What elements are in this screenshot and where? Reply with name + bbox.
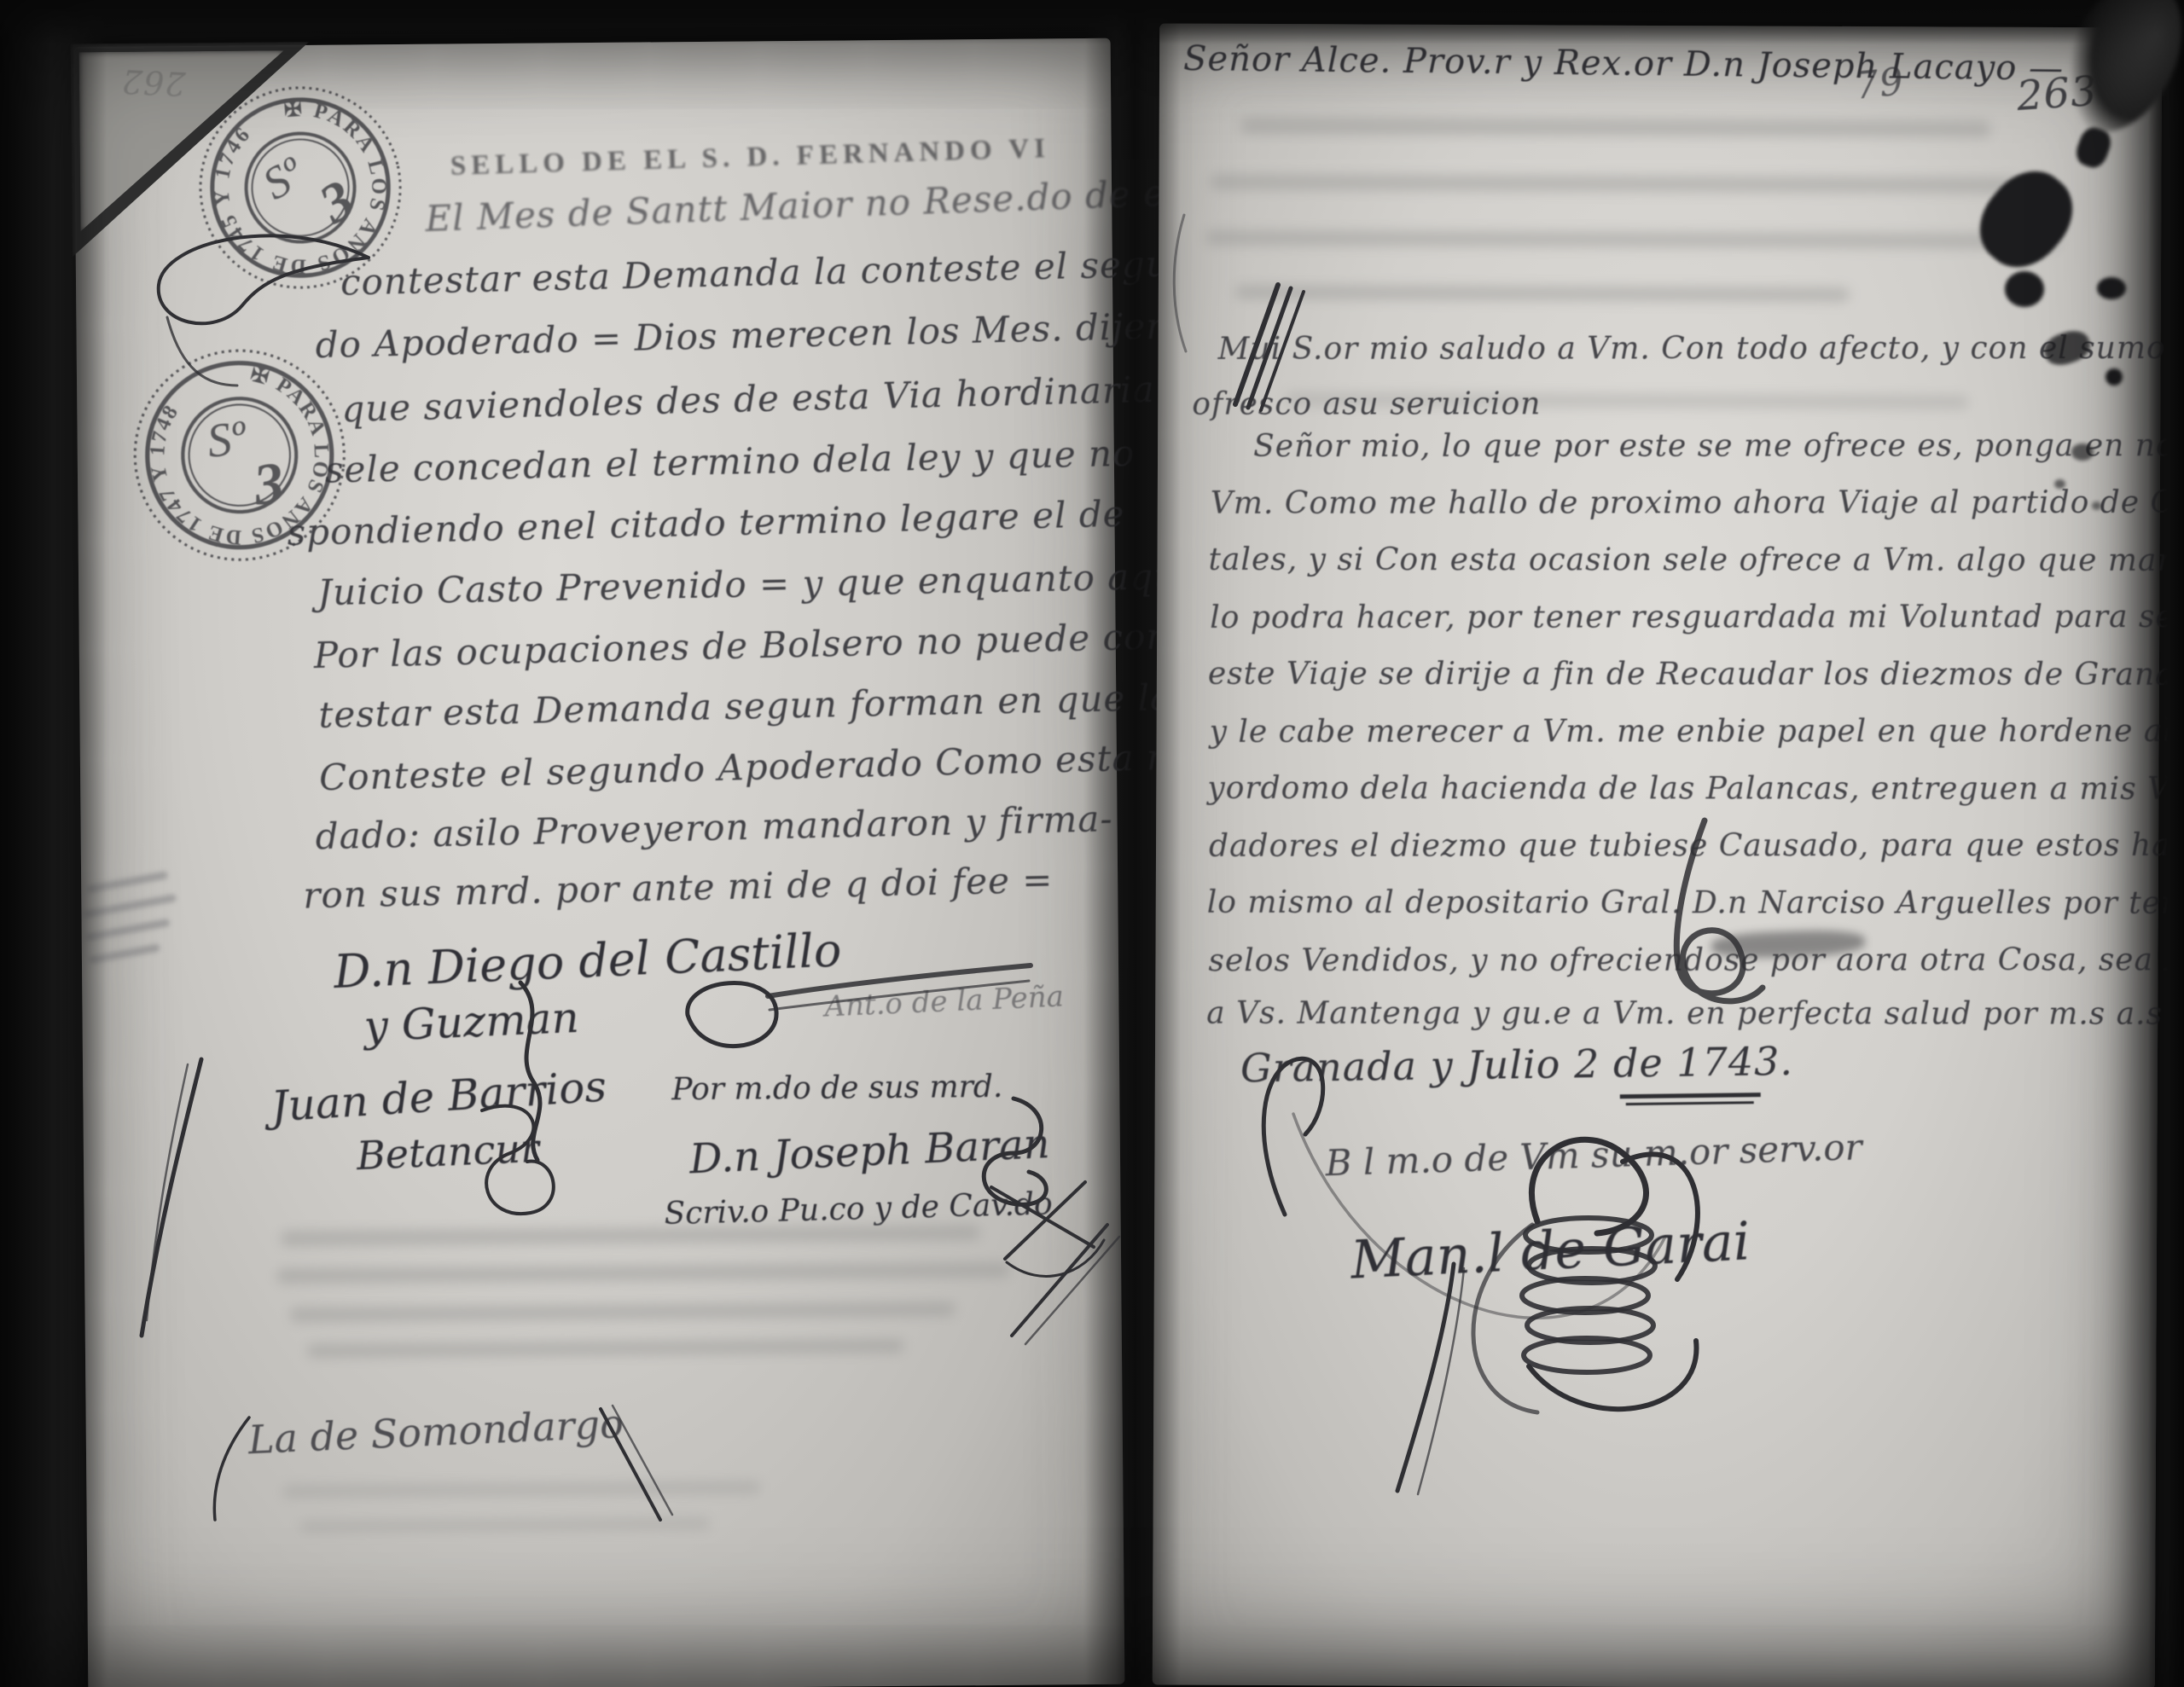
ink-blot: [2106, 368, 2123, 386]
letter-line: yordomo dela hacienda de las Palancas, e…: [1207, 771, 2184, 807]
manuscript-line: Por las ocupaciones de Bolsero no puede …: [313, 615, 1183, 676]
left-page: 262 ✠ PARA LOS AÑOS DE 1745 Y 1746 Sº 3 …: [74, 38, 1125, 1687]
letter-line: tales, y si Con esta ocasion sele ofrece…: [1208, 542, 2184, 578]
stamp-sello-number: 3: [249, 449, 288, 518]
signature-guzman: y Guzman: [363, 993, 579, 1052]
date-underline: [1620, 1093, 1761, 1099]
letter-line: Vm. Como me hallo de proximo ahora Viaje…: [1211, 485, 2184, 521]
bleed-through-line: [307, 1339, 904, 1358]
signature-witness-note: Ant.o de la Peña: [824, 979, 1065, 1023]
stamp-sello-label: Sº: [204, 410, 251, 468]
film-edge-left: [0, 0, 107, 1687]
manuscript-line: que saviendoles des de esta Via hordinar…: [341, 368, 1155, 430]
right-page: Señor Alce. Prov.r y Rex.or D.n Joseph L…: [1153, 23, 2162, 1687]
signature-diego-del-castillo: D.n Diego del Castillo: [333, 923, 843, 999]
book-gutter-shadow: [1085, 0, 1181, 1687]
ink-blot: [2071, 443, 2094, 461]
ink-blot: [2092, 501, 2101, 510]
microfilm-frame: 262 ✠ PARA LOS AÑOS DE 1745 Y 1746 Sº 3 …: [0, 0, 2184, 1687]
bleed-through-line: [1210, 174, 2020, 194]
bleed-through-line: [276, 1262, 1010, 1284]
date-underline: [1626, 1101, 1754, 1105]
page-header: Señor Alce. Prov.r y Rex.or D.n Joseph L…: [1183, 39, 2065, 89]
stamp-sello-label: Sº: [254, 146, 313, 209]
bleed-through-line: [1240, 118, 1991, 137]
manuscript-line: sele concedan el termino dela ley y que …: [324, 432, 1135, 491]
letter-line: lo mismo al depositario Gral. D.n Narcis…: [1207, 885, 2184, 921]
bleed-through-line: [1235, 285, 1850, 302]
film-edge-top: [0, 0, 2184, 44]
letter-line: Señor mio, lo que por este se me ofrece …: [1253, 428, 2184, 464]
letter-line: este Viaje se dirije a fin de Recaudar l…: [1208, 657, 2184, 693]
footer-note: La de Somondargo: [247, 1400, 624, 1463]
letter-line: y le cabe merecer a Vm. me enbie papel e…: [1210, 714, 2184, 750]
manuscript-line: contestar esta Demanda la conteste el se…: [340, 242, 1207, 304]
closing-courtesy-line: B l m.o de Vm su m.or serv.or: [1325, 1126, 1862, 1184]
folio-number: 79: [1853, 60, 1907, 108]
manuscript-line: dado: asilo Proveyeron mandaron y firma-: [315, 797, 1113, 857]
letter-line: dadores el diezmo que tubiese Causado, p…: [1209, 828, 2184, 864]
salutation-line: Mui S.or mio saludo a Vm. Con todo afect…: [1218, 331, 2184, 367]
film-edge-right: [2148, 0, 2184, 1687]
bleed-through-line: [300, 1517, 710, 1533]
salutation-line: ofresco asu seruicion: [1192, 386, 1541, 421]
ink-blot: [2054, 479, 2065, 489]
signature-manuel-de-garai: Man.l de Garai: [1350, 1209, 1752, 1290]
manuscript-line: ron sus mrd. por ante mi de q doi fee =: [303, 859, 1054, 916]
bleed-through-line: [290, 1301, 955, 1322]
printed-sello-heading: SELLO DE EL S. D. FERNANDO VI: [450, 133, 1050, 183]
manuscript-line: Juicio Casto Prevenido = y que enquanto …: [317, 554, 1203, 613]
signature-juan-de-barrios: Juan de Barrios: [270, 1062, 608, 1132]
letter-line: a Vs. Mantenga y gu.e a Vm. en perfecta …: [1206, 996, 2163, 1032]
ink-blot: [2097, 277, 2126, 299]
bleed-through-line: [281, 1225, 980, 1246]
attestation-line: Por m.do de sus mrd.: [671, 1070, 1002, 1107]
stamp-sello-number: 3: [309, 169, 365, 236]
bleed-through-line: [282, 1481, 760, 1498]
signature-betancur: Betancur: [356, 1125, 540, 1179]
letter-line: lo podra hacer, por tener resguardada mi…: [1210, 600, 2184, 635]
bleed-through-line: [1205, 230, 2059, 249]
manuscript-line: testar esta Demanda segun forman en que …: [318, 676, 1173, 736]
signature-joseph-baran: D.n Joseph Baran: [688, 1120, 1051, 1183]
ink-blot: [2005, 271, 2044, 307]
manuscript-line: do Apoderado = Dios merecen los Mes. dij…: [315, 304, 1211, 366]
date-line: Granada y Julio 2 de 1743.: [1240, 1038, 1794, 1091]
letter-line: selos Vendidos, y no ofreciendose por ao…: [1208, 942, 2184, 978]
corner-pencil-note: 262: [120, 62, 186, 102]
manuscript-line: spondiendo enel citado termino legare el…: [287, 493, 1125, 554]
